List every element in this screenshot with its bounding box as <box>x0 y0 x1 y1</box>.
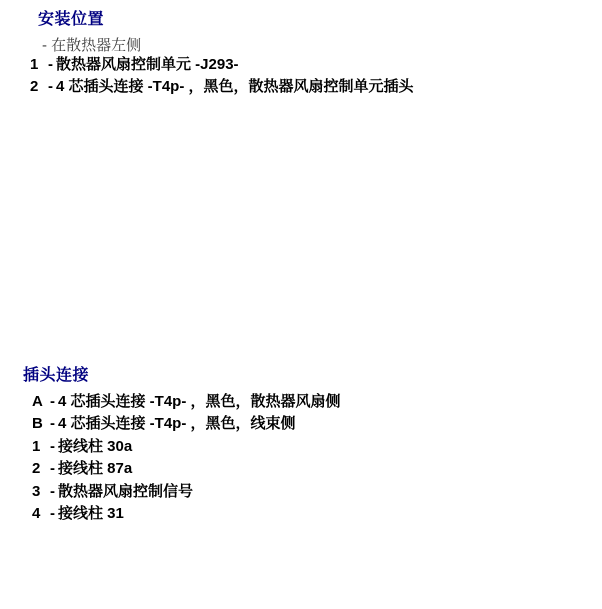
item-separator: - <box>47 391 58 413</box>
item-text: 4 芯插头连接 -T4p- ，黑色，线束侧 <box>58 413 296 435</box>
item-text: 接线柱 30a <box>58 436 132 458</box>
list-item: 2 - 接线柱 87a <box>32 458 341 480</box>
item-text: 4 芯插头连接 -T4p- ，黑色，散热器风扇控制单元插头 <box>56 76 414 98</box>
item-key: 4 <box>32 503 47 525</box>
connector-section-title: 插头连接 <box>23 362 89 385</box>
item-key: 1 <box>30 54 45 76</box>
item-separator: - <box>45 54 56 76</box>
item-separator: - <box>47 413 58 435</box>
item-separator: - <box>47 458 58 480</box>
list-item: 4 - 接线柱 31 <box>32 503 341 525</box>
list-item: B - 4 芯插头连接 -T4p- ，黑色，线束侧 <box>32 413 341 435</box>
item-key: 2 <box>30 76 45 98</box>
item-text: 4 芯插头连接 -T4p- ，黑色，散热器风扇侧 <box>58 391 341 413</box>
item-key: 3 <box>32 481 47 503</box>
list-item: A - 4 芯插头连接 -T4p- ，黑色，散热器风扇侧 <box>32 391 341 413</box>
item-separator: - <box>47 481 58 503</box>
list-item: 3 - 散热器风扇控制信号 <box>32 481 341 503</box>
location-note: - 在散热器左侧 <box>42 34 141 55</box>
item-key: A <box>32 391 47 413</box>
document-page: 安装位置 - 在散热器左侧 1 - 散热器风扇控制单元 -J293- 2 - 4… <box>0 0 602 609</box>
list-item: 2 - 4 芯插头连接 -T4p- ，黑色，散热器风扇控制单元插头 <box>30 76 414 98</box>
item-text: 散热器风扇控制信号 <box>58 481 193 503</box>
item-key: 1 <box>32 436 47 458</box>
item-text: 接线柱 87a <box>58 458 132 480</box>
connector-item-list: A - 4 芯插头连接 -T4p- ，黑色，散热器风扇侧 B - 4 芯插头连接… <box>32 391 341 525</box>
list-item: 1 - 散热器风扇控制单元 -J293- <box>30 54 414 76</box>
item-text: 散热器风扇控制单元 -J293- <box>56 54 239 76</box>
item-key: B <box>32 413 47 435</box>
list-item: 1 - 接线柱 30a <box>32 436 341 458</box>
installation-item-list: 1 - 散热器风扇控制单元 -J293- 2 - 4 芯插头连接 -T4p- ，… <box>30 54 414 99</box>
installation-section-title: 安装位置 <box>38 6 104 29</box>
item-separator: - <box>47 436 58 458</box>
item-key: 2 <box>32 458 47 480</box>
item-text: 接线柱 31 <box>58 503 124 525</box>
item-separator: - <box>47 503 58 525</box>
figure-placeholder <box>0 104 602 358</box>
item-separator: - <box>45 76 56 98</box>
